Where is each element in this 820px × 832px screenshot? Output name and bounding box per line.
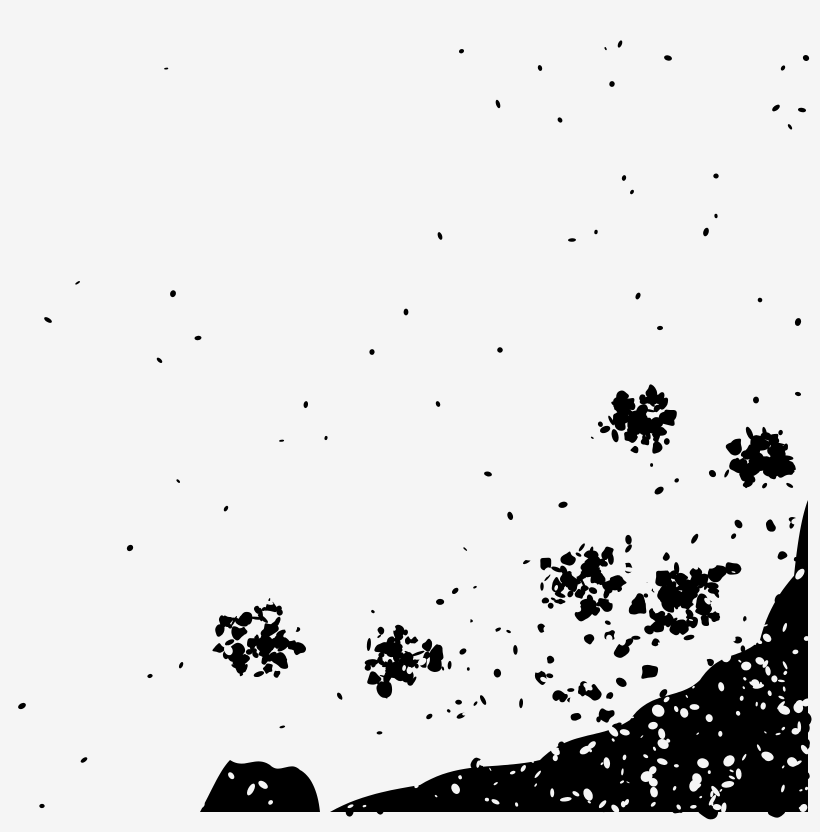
grunge-splatter-graphic	[0, 0, 820, 832]
splatter-artwork	[0, 0, 820, 832]
